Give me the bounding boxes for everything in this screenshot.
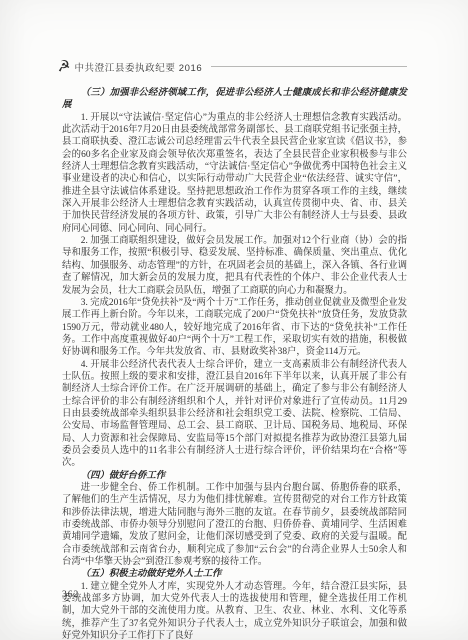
paragraph: 进一步健全台、侨工作机制。工作中加强与县内台胞台属、侨胞侨眷的联系，了解他们的生…: [62, 482, 407, 568]
page-number: 362: [62, 590, 79, 600]
section-heading-3: （三）加强非公经济领域工作，促进非公经济人士健康成长和非公经济健康发展: [62, 87, 407, 112]
page-body: （三）加强非公经济领域工作，促进非公经济人士健康成长和非公经济健康发展 1. 开…: [62, 87, 407, 640]
section-heading-5: （五）积极主动做好党外人士工作: [62, 568, 407, 580]
book-page: ☭ 中共澄江县委执政纪要 2016 （三）加强非公经济领域工作，促进非公经济人士…: [0, 0, 468, 640]
paragraph: 1. 开展以“守法诚信·坚定信心”为重点的非公经济人士理想信念教育实践活动。此次…: [62, 112, 407, 235]
paragraph: 3. 完成2016年“贷免扶补”及“两个十万”工作任务，推动创业促就业及微型企业…: [62, 297, 407, 359]
paragraph: 2. 加强工商联组织建设，做好会员发展工作。加强对12个行业商（协）会的指导和服…: [62, 235, 407, 297]
paragraph: 4. 开展非公经济代表代表人士综合评价，建立一支高素质非公有制经济代表人士队伍。…: [62, 359, 407, 470]
section-heading-4: （四）做好台侨工作: [62, 470, 407, 482]
page-header: ☭ 中共澄江县委执政纪要 2016: [57, 59, 407, 74]
party-emblem-icon: ☭: [56, 58, 71, 75]
paragraph: 1. 建立健全党外人才库，实现党外人才动态管理。今年，结合澄江县实际，县委统战部…: [62, 581, 407, 640]
page-footer: 362: [62, 590, 79, 600]
header-rule: [211, 66, 407, 67]
header-title: 中共澄江县委执政纪要 2016: [74, 60, 202, 74]
